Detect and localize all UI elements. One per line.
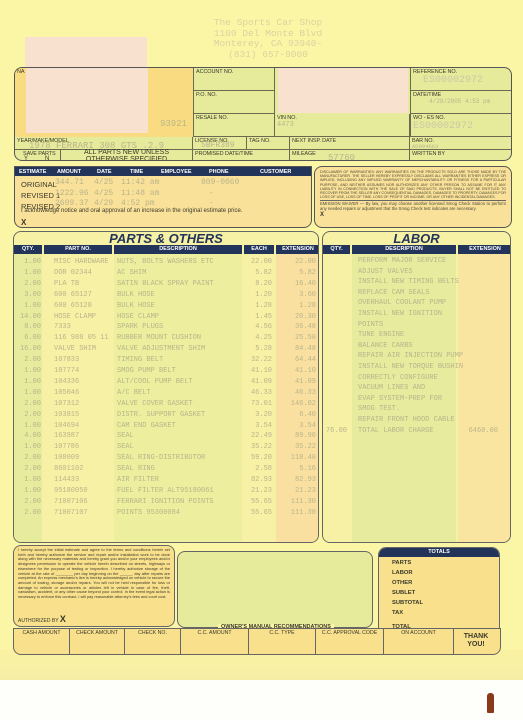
authorized-by-label: AUTHORIZED BY (18, 618, 58, 624)
shop-city: Monterey, CA 93940- (198, 39, 338, 50)
labor-col-qty: QTY. (323, 245, 350, 254)
extension-cell: 5.16 (278, 465, 316, 473)
scan-mark (487, 693, 494, 713)
resale-no-label: RESALE NO. (196, 115, 228, 121)
part-no-cell: MISC HARDWARE (54, 258, 109, 266)
each-cell: 5.82 (244, 269, 272, 277)
qty-cell: 1.00 (17, 378, 41, 386)
estimate-col-date: DATE (97, 169, 112, 175)
part-no-cell: 104336 (54, 378, 79, 386)
extension-cell: 21.23 (278, 487, 316, 495)
labor-description-cell: VACUUM LINES AND (358, 384, 425, 392)
description-cell: HOSE CLAMP (117, 313, 159, 321)
shop-phone: (831) 657-9000 (198, 50, 338, 61)
description-cell: BULK HOSE (117, 291, 155, 299)
qty-cell: 2.00 (17, 454, 41, 462)
extension-cell: 41.10 (278, 367, 316, 375)
wo-es-no-field: WO - ES NO.ES00002972 (410, 114, 512, 137)
col-part-no: PART NO. (44, 245, 112, 254)
description-cell: AIR FILTER (117, 476, 159, 484)
you-text: YOU! (452, 641, 500, 649)
labor-description-cell: CORRECTLY CONFIGURE (358, 374, 438, 382)
part-no-cell: 600 65128 (54, 302, 92, 310)
disclaimer-text: Disclaimer of warranties: Any warranties… (320, 170, 506, 199)
description-cell: FUEL FILTER ALT95180061 (117, 487, 214, 495)
estimate-signature-line[interactable]: X (21, 218, 26, 227)
qty-cell: 2.00 (17, 411, 41, 419)
extension-cell: 118.40 (278, 454, 316, 462)
part-no-cell: 103815 (54, 411, 79, 419)
description-cell: VALVE COVER GASKET (117, 400, 193, 408)
extension-cell: 89.96 (278, 432, 316, 440)
vin-no-value: 4473 (277, 121, 294, 129)
labor-description-cell: INSTALL NEW TIMING BELTS (358, 278, 459, 286)
cc-type-field: C.C. TYPE (249, 629, 316, 654)
zip-value: 93921 (160, 119, 187, 129)
part-no-cell: 105046 (54, 389, 79, 397)
mileage-value: 57760 (328, 153, 355, 161)
part-no-cell: 600 65127 (54, 291, 92, 299)
description-cell: FERRARI IGNITION POINTS (117, 498, 214, 506)
part-no-cell: DOR 02344 (54, 269, 92, 277)
part-no-cell: 116 988 05 11 (54, 334, 109, 342)
authorized-by-x: X (60, 614, 66, 624)
reference-no-field: REFERENCE NO.ES00002972 (410, 68, 512, 91)
parts-title: PARTS & OTHERS (14, 232, 318, 244)
table-row: ADJUST VALVES (323, 267, 511, 278)
thank-text: THANK (452, 633, 500, 641)
table-row: 1.00107786SEAL35.2235.22 (14, 442, 319, 453)
qty-cell: 1.00 (17, 258, 41, 266)
redacted-account (278, 67, 408, 113)
description-cell: SEAL (117, 432, 134, 440)
tag-no-field: TAG NO. (247, 137, 290, 150)
next-insp-label: NEXT INSP. DATE (292, 138, 336, 144)
resale-no-field: RESALE NO. (193, 114, 275, 137)
table-row: 3.00600 65127BULK HOSE1.203.60 (14, 290, 319, 301)
each-cell: 73.01 (244, 400, 272, 408)
each-cell: 46.33 (244, 389, 272, 397)
description-cell: SPARK PLUGS (117, 323, 163, 331)
parts-section: PARTS & OTHERS QTY. PART NO. DESCRIPTION… (13, 231, 319, 543)
col-each: EACH (244, 245, 274, 254)
description-cell: BULK HOSE (117, 302, 155, 310)
reference-no-value: ES00002972 (423, 75, 483, 86)
description-cell: RUBBER MOUNT CUSHION (117, 334, 201, 342)
estimate-col-time: TIME (130, 169, 143, 175)
estimate-date: 4/25 (94, 189, 113, 198)
description-cell: ALT/COOL PUMP BELT (117, 378, 193, 386)
table-row: 1.00104694CAM END GASKET3.543.54 (14, 421, 319, 432)
labor-description-cell: EVAP SYSTEM-PREP FOR (358, 395, 442, 403)
table-row: 6.00116 988 05 11RUBBER MOUNT CUSHION4.2… (14, 333, 319, 344)
qty-cell: 1.00 (17, 389, 41, 397)
qty-cell: 1.00 (17, 367, 41, 375)
estimate-section: ESTIMATE AMOUNT DATE TIME EMPLOYEE PHONE… (14, 166, 312, 228)
col-description: DESCRIPTION (114, 245, 242, 254)
table-row: 16.00VALVE SHIMVALVE ADJUSTMENT SHIM5.28… (14, 344, 319, 355)
qty-cell: 16.00 (17, 345, 41, 353)
table-row: 1.00DOR 02344AC SHIM5.825.82 (14, 268, 319, 279)
table-row: 1.00107774SMOG PUMP BELT41.1041.10 (14, 366, 319, 377)
labor-col-description: DESCRIPTION (352, 245, 456, 254)
totals-sublet: SUBLET (392, 590, 415, 596)
redacted-block (25, 37, 147, 67)
estimate-phone: - (209, 199, 214, 208)
part-no-cell: 71007106 (54, 498, 88, 506)
table-row: 1.00MISC HARDWARENUTS, BOLTS WASHERS ETC… (14, 257, 319, 268)
each-cell: 21.23 (244, 487, 272, 495)
table-row: CORRECTLY CONFIGURE (323, 373, 511, 384)
extension-cell: 82.93 (278, 476, 316, 484)
estimate-col-estimate: ESTIMATE (19, 169, 46, 175)
labor-description-cell: ADJUST VALVES (358, 268, 413, 276)
qty-cell: 2.00 (17, 465, 41, 473)
table-row: 2.00PLA TBSATIN BLACK SPRAY PAINT8.2016.… (14, 279, 319, 290)
totals-tax: TAX (392, 610, 403, 616)
table-row: PERFORM MAJOR SERVICE (323, 256, 511, 267)
estimate-date: 4/29 (94, 199, 113, 208)
part-no-cell: VALVE SHIM (54, 345, 96, 353)
each-cell: 59.20 (244, 454, 272, 462)
table-row: 1.00114433AIR FILTER82.9382.93 (14, 475, 319, 486)
description-cell: SATIN BLACK SPRAY PAINT (117, 280, 214, 288)
mileage-label: MILEAGE (292, 151, 316, 157)
account-no-label: ACCOUNT NO. (196, 69, 233, 75)
description-cell: SEAL RING (117, 465, 155, 473)
customer-vehicle-header: NA 93921 ACCOUNT NO. P.O. NO. RESALE NO.… (14, 67, 512, 161)
tag-no-label: TAG NO. (249, 138, 271, 144)
table-row: 2.00108009SEAL RING-DISTRIBUTOR59.20118.… (14, 453, 319, 464)
table-row: 2.0071007107POINTS 9530008455.65111.30 (14, 508, 319, 519)
scan-margin (0, 680, 523, 720)
shop-name: The Sports Car Shop (198, 18, 338, 29)
promised-label: PROMISED DATE/TIME (195, 151, 253, 157)
description-cell: POINTS 95300084 (117, 509, 180, 517)
qty-cell: 1.00 (17, 476, 41, 484)
estimate-amount: 2609.37 (55, 199, 89, 208)
each-cell: 55.65 (244, 509, 272, 517)
each-cell: 4.25 (244, 334, 272, 342)
qty-cell: 2.00 (17, 498, 41, 506)
on-account-label: ON ACCOUNT (384, 630, 453, 636)
date-time-field: DATE/TIME4/29/2005 4:53 pm (410, 91, 512, 114)
qty-cell: 2.00 (17, 280, 41, 288)
qty-cell: 1.00 (17, 443, 41, 451)
table-row: 8.007333SPARK PLUGS4.5636.48 (14, 322, 319, 333)
table-row: 1.00104336ALT/COOL PUMP BELT41.0941.09 (14, 377, 319, 388)
table-row: VACUUM LINES AND (323, 383, 511, 394)
on-account-field: ON ACCOUNT (384, 629, 454, 654)
extension-cell: 22.00 (278, 258, 316, 266)
description-cell: NUTS, BOLTS WASHERS ETC (117, 258, 214, 266)
part-no-cell: 108009 (54, 454, 79, 462)
each-cell: 41.09 (244, 378, 272, 386)
col-extension: EXTENSION (276, 245, 319, 254)
cc-approval-code-label: C.C. APPROVAL CODE (316, 630, 383, 636)
authorized-by-line[interactable]: AUTHORIZED BY X (18, 614, 66, 624)
check-no-label: CHECK NO. (125, 630, 180, 636)
estimate-phone: 809-0060 (201, 178, 239, 187)
extension-cell: 3.60 (278, 291, 316, 299)
description-cell: DISTR. SUPPORT GASKET (117, 411, 205, 419)
table-row: 2.0071007106FERRARI IGNITION POINTS55.65… (14, 497, 319, 508)
totals-box: TOTALS PARTS LABOR OTHER SUBLET SUBTOTAL… (378, 547, 500, 635)
mileage-field: MILEAGE57760 (290, 150, 410, 161)
extension-cell: 46.33 (278, 389, 316, 397)
each-cell: 22.49 (244, 432, 272, 440)
each-cell: 4.56 (244, 323, 272, 331)
labor-title: LABOR (323, 232, 510, 244)
part-no-cell: 114433 (54, 476, 79, 484)
qty-cell: 2.00 (17, 509, 41, 517)
each-cell: 41.10 (244, 367, 272, 375)
part-no-cell: 71007107 (54, 509, 88, 517)
extension-cell: 5.82 (278, 269, 316, 277)
labor-section: LABOR QTY. DESCRIPTION EXTENSION PERFORM… (322, 231, 511, 543)
table-row: POINTS (323, 320, 511, 331)
description-cell: TIMING BELT (117, 356, 163, 364)
labor-description-cell: SMOG TEST. (358, 405, 400, 413)
part-no-cell: HOSE CLAMP (54, 313, 96, 321)
table-row: INSTALL NEW IGNITION (323, 309, 511, 320)
table-row: INSTALL NEW TIMING BELTS (323, 277, 511, 288)
written-by-label: WRITTEN BY (412, 151, 445, 157)
labor-description-cell: OVERHAUL COOLANT PUMP (358, 299, 446, 307)
disclaimer-box: Disclaimer of warranties: Any warranties… (314, 166, 512, 228)
cc-approval-code-field: C.C. APPROVAL CODE (316, 629, 384, 654)
qty-cell: 1.00 (17, 422, 41, 430)
table-row: TUNE ENGINE (323, 330, 511, 341)
vin-no-field: VIN NO.4473 (275, 114, 410, 137)
bar-no-value: AD094663 (412, 143, 438, 150)
each-cell: 55.65 (244, 498, 272, 506)
table-row: 1.00600 65128BULK HOSE1.281.28 (14, 301, 319, 312)
labor-description-cell: INSTALL NEW TORQUE BUSHIN (358, 363, 463, 371)
labor-description-cell: INSTALL NEW IGNITION (358, 310, 442, 318)
labor-description-cell: TUNE ENGINE (358, 331, 404, 339)
extension-cell: 84.48 (278, 345, 316, 353)
each-cell: 82.93 (244, 476, 272, 484)
totals-other: OTHER (392, 580, 412, 586)
totals-parts: PARTS (392, 560, 411, 566)
qty-cell: 4.00 (17, 432, 41, 440)
emission-waiver-text: EMISSION WAIVER — By law, you may choose… (320, 200, 506, 211)
next-insp-date-field: NEXT INSP. DATE (290, 137, 410, 150)
description-cell: CAM END GASKET (117, 422, 176, 430)
license-no-field: LICENSE NO.5BFR389 (193, 137, 247, 150)
save-parts-field: SAVE PARTS Y N (15, 150, 61, 161)
totals-title: TOTALS (379, 548, 499, 557)
check-amount-field: CHECK AMOUNT (70, 629, 125, 654)
each-cell: 32.22 (244, 356, 272, 364)
labor-description-cell: REPAIR AIR INJECTION PUMP (358, 352, 463, 360)
license-no-value: 5BFR389 (201, 141, 235, 150)
extension-cell: 3.54 (278, 422, 316, 430)
estimate-label: ORIGINAL (21, 180, 57, 189)
extension-cell: 41.09 (278, 378, 316, 386)
table-row: 2.00107312VALVE COVER GASKET73.01146.02 (14, 399, 319, 410)
qty-cell: 6.00 (17, 334, 41, 342)
thank-you-text: THANK YOU! (452, 629, 500, 656)
payment-row: CASH AMOUNT CHECK AMOUNT CHECK NO. C.C. … (13, 628, 501, 655)
estimate-col-amount: AMOUNT (57, 169, 81, 175)
promised-date-field: PROMISED DATE/TIME (193, 150, 290, 161)
each-cell: 8.20 (244, 280, 272, 288)
part-no-cell: 107774 (54, 367, 79, 375)
qty-cell: 2.00 (17, 400, 41, 408)
part-no-cell: 95180050 (54, 487, 88, 495)
extension-cell: 146.02 (278, 400, 316, 408)
qty-cell: 1.00 (17, 269, 41, 277)
shop-header: The Sports Car Shop 1109 Del Monte Blvd … (198, 18, 338, 60)
extension-cell: 111.30 (278, 498, 316, 506)
estimate-date: 4/25 (94, 178, 113, 187)
labor-qty-cell: 76.00 (325, 427, 347, 435)
date-time-value: 4/29/2005 4:53 pm (429, 98, 490, 105)
each-cell: 22.00 (244, 258, 272, 266)
table-row: REPAIR FRONT HOOD CABLE (323, 415, 511, 426)
table-row: 2.00103815DISTR. SUPPORT GASKET3.206.40 (14, 410, 319, 421)
table-row: REPLACE CAM SEALS (323, 288, 511, 299)
written-by-field: WRITTEN BY (410, 150, 512, 161)
extension-cell: 111.30 (278, 509, 316, 517)
extension-cell: 16.40 (278, 280, 316, 288)
estimate-header-bar: ESTIMATE AMOUNT DATE TIME EMPLOYEE PHONE… (15, 167, 311, 176)
table-row: 2.00107833TIMING BELT32.2264.44 (14, 355, 319, 366)
extension-cell: 64.44 (278, 356, 316, 364)
qty-cell: 1.00 (17, 487, 41, 495)
labor-description-cell: REPAIR FRONT HOOD CABLE (358, 416, 455, 424)
extension-cell: 6.40 (278, 411, 316, 419)
cash-amount-field: CASH AMOUNT (14, 629, 70, 654)
estimate-time: 4:52 pm (121, 199, 155, 208)
part-no-cell: 107312 (54, 400, 79, 408)
estimate-time: 11:42 am (121, 178, 159, 187)
parts-notice: ALL PARTS NEW UNLESS OTHERWISE SPECIFIED (61, 150, 193, 161)
po-no-field: P.O. NO. (193, 91, 275, 114)
estimate-amount: 1222.96 (55, 189, 89, 198)
estimate-amount: 344.71 (55, 178, 84, 187)
extension-cell: 35.22 (278, 443, 316, 451)
extension-cell: 25.50 (278, 334, 316, 342)
part-no-cell: 8601102 (54, 465, 83, 473)
table-row: 76.00TOTAL LABOR CHARGE6460.00 (323, 426, 511, 437)
part-no-cell: 163987 (54, 432, 79, 440)
cc-amount-label: C.C. AMOUNT (181, 630, 248, 636)
description-cell: AC SHIM (117, 269, 146, 277)
each-cell: 2.58 (244, 465, 272, 473)
qty-cell: 1.00 (17, 302, 41, 310)
estimate-col-employee: EMPLOYEE (161, 169, 192, 175)
extension-cell: 36.48 (278, 323, 316, 331)
each-cell: 5.28 (244, 345, 272, 353)
labor-extension-cell: 6460.00 (458, 427, 498, 435)
qty-cell: 3.00 (17, 291, 41, 299)
part-no-cell: 104694 (54, 422, 79, 430)
table-row: REPAIR AIR INJECTION PUMP (323, 351, 511, 362)
redacted-name (26, 67, 148, 133)
col-qty: QTY. (14, 245, 42, 254)
table-row: 2.008601102SEAL RING2.585.16 (14, 464, 319, 475)
emission-signature-line[interactable]: X (320, 212, 506, 218)
save-parts-no-option[interactable]: N (45, 156, 49, 161)
each-cell: 3.54 (244, 422, 272, 430)
extension-cell: 20.30 (278, 313, 316, 321)
po-no-label: P.O. NO. (196, 92, 217, 98)
part-no-cell: 7333 (54, 323, 71, 331)
totals-labor: LABOR (392, 570, 413, 576)
table-row: 1.0095180050FUEL FILTER ALT9518006121.23… (14, 486, 319, 497)
table-row: EVAP SYSTEM-PREP FOR (323, 394, 511, 405)
part-no-cell: 107786 (54, 443, 79, 451)
authorization-text: I hereby accept the initial estimate and… (18, 548, 170, 600)
parts-notice-line-2: OTHERWISE SPECIFIED (61, 157, 192, 162)
each-cell: 35.22 (244, 443, 272, 451)
table-row: 1.00105046A/C BELT46.3346.33 (14, 388, 319, 399)
each-cell: 1.20 (244, 291, 272, 299)
owners-manual-recommendations-box: OWNER'S MANUAL RECOMMENDATIONS (177, 551, 373, 628)
wo-es-no-value: ES00002972 (413, 121, 473, 132)
authorization-box: I hereby accept the initial estimate and… (13, 545, 175, 627)
labor-description-cell: PERFORM MAJOR SERVICE (358, 257, 446, 265)
labor-description-cell: POINTS (358, 321, 383, 329)
bar-no-field: BAR NO.AD094663 (410, 137, 512, 150)
table-row: 14.00HOSE CLAMPHOSE CLAMP1.4520.30 (14, 312, 319, 323)
table-row: INSTALL NEW TORQUE BUSHIN (323, 362, 511, 373)
labor-col-extension: EXTENSION (458, 245, 511, 254)
save-parts-yes-option[interactable]: Y (24, 156, 28, 161)
check-amount-label: CHECK AMOUNT (70, 630, 124, 636)
description-cell: A/C BELT (117, 389, 151, 397)
extension-cell: 1.28 (278, 302, 316, 310)
check-no-field: CHECK NO. (125, 629, 181, 654)
description-cell: SMOG PUMP BELT (117, 367, 176, 375)
table-row: OVERHAUL COOLANT PUMP (323, 298, 511, 309)
account-no-field: ACCOUNT NO. (193, 68, 275, 91)
part-no-cell: 107833 (54, 356, 79, 364)
labor-description-cell: BALANCE CARBS (358, 342, 413, 350)
estimate-acknowledgement: I acknowledge notice and oral approval o… (21, 208, 242, 214)
qty-cell: 14.00 (17, 313, 41, 321)
description-cell: SEAL (117, 443, 134, 451)
estimate-col-phone: PHONE (209, 169, 229, 175)
each-cell: 1.28 (244, 302, 272, 310)
estimate-time: 11:48 am (121, 189, 159, 198)
cash-amount-label: CASH AMOUNT (14, 630, 69, 636)
description-cell: VALVE ADJUSTMENT SHIM (117, 345, 205, 353)
part-no-cell: PLA TB (54, 280, 79, 288)
each-cell: 3.20 (244, 411, 272, 419)
qty-cell: 8.00 (17, 323, 41, 331)
estimate-col-customer: CUSTOMER (260, 169, 291, 175)
table-row: 4.00163987SEAL22.4989.96 (14, 431, 319, 442)
cc-amount-field: C.C. AMOUNT (181, 629, 249, 654)
description-cell: SEAL RING-DISTRIBUTOR (117, 454, 205, 462)
labor-description-cell: TOTAL LABOR CHARGE (358, 427, 434, 435)
table-row: SMOG TEST. (323, 404, 511, 415)
cc-type-label: C.C. TYPE (249, 630, 315, 636)
totals-subtotal: SUBTOTAL (392, 600, 423, 606)
qty-cell: 2.00 (17, 356, 41, 364)
estimate-phone: - (209, 189, 214, 198)
each-cell: 1.45 (244, 313, 272, 321)
labor-description-cell: REPLACE CAM SEALS (358, 289, 429, 297)
table-row: BALANCE CARBS (323, 341, 511, 352)
name-label: NA (17, 69, 24, 75)
